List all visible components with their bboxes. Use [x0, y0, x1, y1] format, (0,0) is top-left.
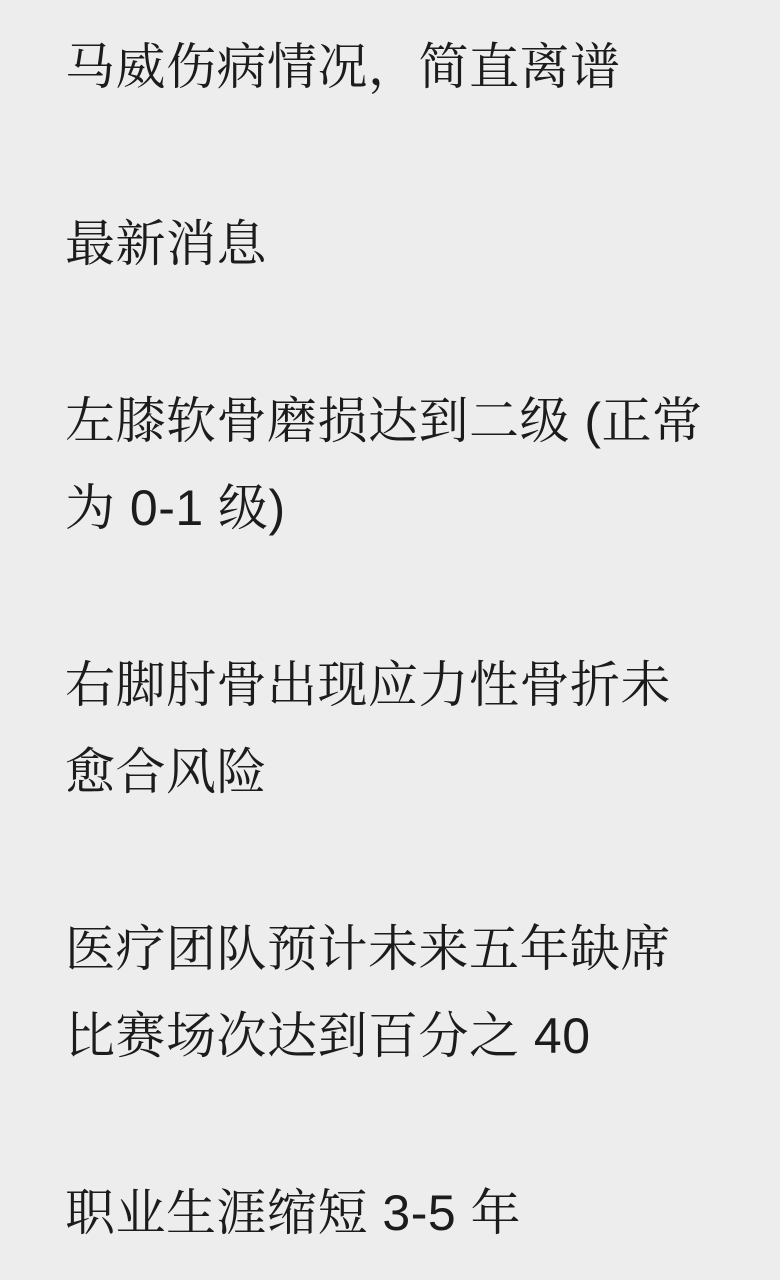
paragraph: 职业生涯缩短 3-5 年 — [65, 1170, 750, 1257]
text-line: 左膝软骨磨损达到二级 (正常 — [65, 378, 750, 465]
paragraph: 最新消息 — [65, 201, 750, 288]
post-title-line: 马威伤病情况，简直离谱 — [65, 24, 750, 111]
text-line: 愈合风险 — [65, 729, 750, 816]
text-line: 为 0-1 级) — [65, 465, 750, 552]
text-line: 右脚肘骨出现应力性骨折未 — [65, 642, 750, 729]
text-line: 医疗团队预计未来五年缺席 — [65, 906, 750, 993]
text-line: 比赛场次达到百分之 40 — [65, 993, 750, 1080]
paragraph-list: 最新消息左膝软骨磨损达到二级 (正常为 0-1 级)右脚肘骨出现应力性骨折未愈合… — [65, 201, 750, 1257]
paragraph: 医疗团队预计未来五年缺席比赛场次达到百分之 40 — [65, 906, 750, 1080]
post-content: 马威伤病情况，简直离谱 最新消息左膝软骨磨损达到二级 (正常为 0-1 级)右脚… — [0, 0, 780, 1257]
post-title: 马威伤病情况，简直离谱 — [65, 24, 750, 111]
paragraph: 左膝软骨磨损达到二级 (正常为 0-1 级) — [65, 378, 750, 552]
text-line: 最新消息 — [65, 201, 750, 288]
text-line: 职业生涯缩短 3-5 年 — [65, 1170, 750, 1257]
paragraph: 右脚肘骨出现应力性骨折未愈合风险 — [65, 642, 750, 816]
